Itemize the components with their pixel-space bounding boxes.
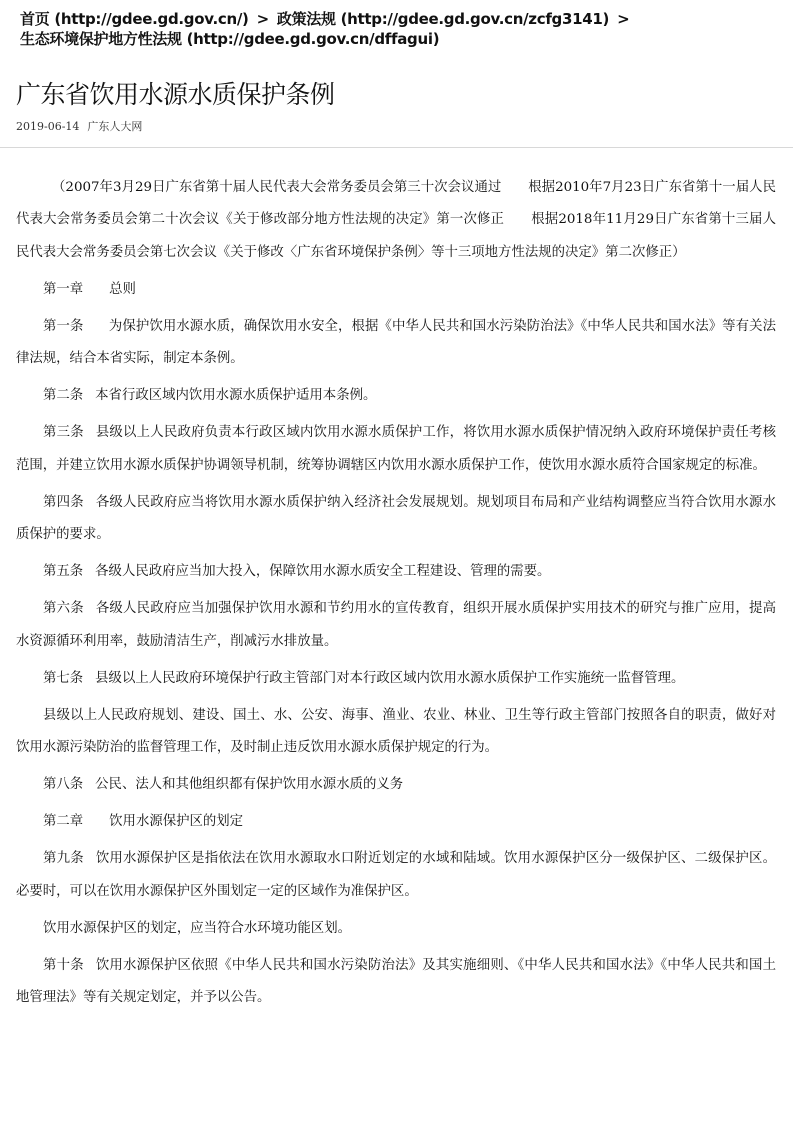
article-label: 第四条 bbox=[43, 495, 84, 510]
breadcrumb-separator: > bbox=[617, 10, 629, 28]
article-label: 第九条 bbox=[43, 851, 84, 866]
article-text: 各级人民政府应当加强保护饮用水源和节约用水的宣传教育，组织开展水质保护实用技术的… bbox=[16, 601, 776, 649]
preamble: （2007年3月29日广东省第十届人民代表大会常务委员会第三十次会议通过 根据2… bbox=[16, 172, 776, 269]
article-label: 第八条 bbox=[43, 777, 83, 792]
article-paragraph: 第二条本省行政区域内饮用水源水质保护适用本条例。 bbox=[16, 380, 776, 413]
article-paragraph: 第五条各级人民政府应当加大投入，保障饮用水源水质安全工程建设、管理的需要。 bbox=[16, 556, 776, 589]
article-paragraph: 第八条公民、法人和其他组织都有保护饮用水源水质的义务 bbox=[16, 769, 776, 802]
header-divider bbox=[0, 147, 793, 148]
article-text: 各级人民政府应当将饮用水源水质保护纳入经济社会发展规划。规划项目布局和产业结构调… bbox=[16, 495, 776, 543]
breadcrumb-home-link[interactable]: 首页 (http://gdee.gd.gov.cn/) bbox=[20, 10, 249, 28]
breadcrumb-local-regulations-link[interactable]: 生态环境保护地方性法规 (http://gdee.gd.gov.cn/dffag… bbox=[20, 30, 439, 48]
article-body: （2007年3月29日广东省第十届人民代表大会常务委员会第三十次会议通过 根据2… bbox=[16, 172, 776, 1019]
article-meta: 2019-06-14广东人大网 bbox=[16, 120, 142, 134]
page-title: 广东省饮用水源水质保护条例 bbox=[16, 80, 335, 110]
article-paragraph: 第六条各级人民政府应当加强保护饮用水源和节约用水的宣传教育，组织开展水质保护实用… bbox=[16, 593, 776, 658]
breadcrumb-policy-link[interactable]: 政策法规 (http://gdee.gd.gov.cn/zcfg3141) bbox=[277, 10, 609, 28]
chapter-heading: 第一章总则 bbox=[16, 274, 776, 307]
article-paragraph: 第三条县级以上人民政府负责本行政区域内饮用水源水质保护工作，将饮用水源水质保护情… bbox=[16, 417, 776, 482]
article-text: 饮用水源保护区是指依法在饮用水源取水口附近划定的水域和陆域。饮用水源保护区分一级… bbox=[16, 851, 776, 899]
article-label: 第五条 bbox=[43, 564, 83, 579]
chapter-label: 第一章 bbox=[43, 282, 83, 297]
plain-paragraph: 饮用水源保护区的划定，应当符合水环境功能区划。 bbox=[16, 913, 776, 946]
article-label: 第一条 bbox=[43, 319, 83, 334]
chapter-label: 第二章 bbox=[43, 814, 83, 829]
article-text: 各级人民政府应当加大投入，保障饮用水源水质安全工程建设、管理的需要。 bbox=[95, 564, 550, 579]
article-source: 广东人大网 bbox=[87, 120, 142, 133]
article-label: 第七条 bbox=[43, 671, 83, 686]
article-text: 县级以上人民政府环境保护行政主管部门对本行政区域内饮用水源水质保护工作实施统一监… bbox=[95, 671, 684, 686]
article-paragraph: 第十条饮用水源保护区依照《中华人民共和国水污染防治法》及其实施细则、《中华人民共… bbox=[16, 950, 776, 1015]
plain-paragraph: 县级以上人民政府规划、建设、国土、水、公安、海事、渔业、农业、林业、卫生等行政主… bbox=[16, 700, 776, 765]
article-text: 为保护饮用水源水质，确保饮用水安全，根据《中华人民共和国水污染防治法》《中华人民… bbox=[16, 319, 776, 367]
publish-date: 2019-06-14 bbox=[16, 120, 79, 133]
article-paragraph: 第九条饮用水源保护区是指依法在饮用水源取水口附近划定的水域和陆域。饮用水源保护区… bbox=[16, 843, 776, 908]
chapter-heading: 第二章饮用水源保护区的划定 bbox=[16, 806, 776, 839]
article-label: 第十条 bbox=[43, 958, 84, 973]
article-label: 第二条 bbox=[43, 388, 83, 403]
breadcrumb-separator: > bbox=[257, 10, 269, 28]
chapter-title: 饮用水源保护区的划定 bbox=[109, 814, 243, 829]
article-paragraph: 第一条 为保护饮用水源水质，确保饮用水安全，根据《中华人民共和国水污染防治法》《… bbox=[16, 311, 776, 376]
article-text: 公民、法人和其他组织都有保护饮用水源水质的义务 bbox=[95, 777, 403, 792]
article-text: 饮用水源保护区依照《中华人民共和国水污染防治法》及其实施细则、《中华人民共和国水… bbox=[16, 958, 776, 1006]
article-label: 第六条 bbox=[43, 601, 84, 616]
breadcrumb: 首页 (http://gdee.gd.gov.cn/)>政策法规 (http:/… bbox=[20, 9, 760, 49]
chapter-title: 总则 bbox=[109, 282, 136, 297]
article-paragraph: 第四条各级人民政府应当将饮用水源水质保护纳入经济社会发展规划。规划项目布局和产业… bbox=[16, 487, 776, 552]
article-text: 本省行政区域内饮用水源水质保护适用本条例。 bbox=[95, 388, 376, 403]
article-label: 第三条 bbox=[43, 425, 84, 440]
article-text: 县级以上人民政府负责本行政区域内饮用水源水质保护工作，将饮用水源水质保护情况纳入… bbox=[16, 425, 776, 473]
article-paragraph: 第七条县级以上人民政府环境保护行政主管部门对本行政区域内饮用水源水质保护工作实施… bbox=[16, 663, 776, 696]
